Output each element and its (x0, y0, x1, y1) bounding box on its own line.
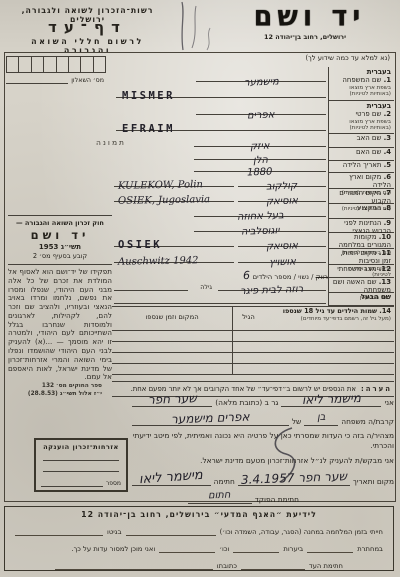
logo-address: ירושלים, רחוב בן־יהודה 12 (240, 33, 370, 41)
scientific-branch-header: לידיעת ״האגף המדעי״ בירושלים, רחוב בן־יה… (15, 510, 383, 519)
field-profession: 8. המקצוע בעל אחוזה (112, 204, 394, 219)
serial-cell (32, 57, 44, 72)
witness-line-1: חייתי בזמן המלחמה במחנה (הסגר, עבודה, הש… (15, 527, 383, 536)
wife-age-label: גילה (200, 284, 212, 291)
field-wartime-residence: 10. מקומות המגורים במלחמה (גם באותיות לט… (112, 233, 394, 249)
children-table: 14. שמות הילדים עד גיל 18 שנספו (מעל גיל… (112, 306, 394, 375)
page-title: דף־עד (10, 18, 165, 36)
questionnaire-number-row: מס׳ השאלון (6, 76, 104, 84)
stamp-title: אזרחות־זכרון הוענקה (41, 443, 121, 451)
camp-label: חייתי בזמן המלחמה במחנה (הסגר, עבודה, הש… (220, 528, 383, 536)
handwritten-relation: בן (317, 413, 326, 423)
field-birth-date: 5. תאריך הלידה 1880 (112, 161, 394, 173)
stamp-number-line (41, 480, 103, 487)
serial-cell (69, 57, 81, 72)
wife-age-blank-line (114, 282, 188, 291)
relation-label: קרבת/ה משפחה (341, 417, 394, 426)
law-source-line2: י״ז אלול תשי״ג (28.8.53) (10, 391, 102, 399)
serial-cell (94, 57, 105, 72)
serial-cell (19, 57, 31, 72)
field-family-name: בעברית 1. שם המשפחה בשפת ארץ מוצאו (באות… (112, 67, 394, 101)
children-table-row (112, 353, 394, 364)
place-date-label: מקום ותאריך (353, 477, 394, 486)
clerk-signature-row: חתימת הפוקד חתום (132, 491, 394, 504)
field-label: שם המשפחה (342, 76, 381, 84)
questionnaire-label: מס׳ השאלון (71, 77, 104, 84)
field-citizenship: 9. הנתינות לפני הכבוש הנאצי יוגוסלביה (112, 219, 394, 233)
witness-address-label: כתובתו (217, 562, 237, 570)
field-father-name: 3. שם האב איזק (112, 134, 394, 148)
serial-cell (7, 57, 19, 72)
handwritten-place-date: שער חפר 3.4.1957 (241, 471, 347, 485)
law-source-line1: ספר החוקים מס׳ 132 (10, 383, 102, 391)
questionnaire-blank-line (6, 76, 68, 84)
law-box-line: חוק זכרון השואה והגבורה — (8, 219, 112, 227)
handwritten-signature: מישמר ליאו (139, 471, 203, 485)
attestation-text: מצהיר/ה בזה כי העדות שמסרתי כאן על פרטיה… (132, 431, 394, 451)
relationship-row: קרבת/ה משפחה בן של אפרים מישמער (132, 413, 394, 426)
handwritten-clerk-signature: חתום (208, 491, 231, 502)
children-table-row (112, 364, 394, 375)
forests-label: ביערות (283, 545, 303, 553)
testify-label: ואני מוכן למסור עדות על כך. (71, 545, 155, 553)
handwritten-declarant-address: שער חפר (148, 393, 197, 405)
children-table-row (112, 342, 394, 353)
serial-cell (57, 57, 69, 72)
law-box-year: תשי״ג 1953 (8, 243, 112, 251)
ghetto-label: בגיטו (107, 528, 122, 536)
clerk-signature-label: חתימת הפוקד (255, 495, 299, 504)
underground-label: במחתרת (357, 545, 383, 553)
law-box-yad-vashem: יד ושם (8, 228, 112, 242)
field-label: שם פרטי (356, 110, 382, 118)
children-table-sublabel: (מעל גיל זה, רשמם בדפי־עד מיוחדים) (267, 316, 391, 322)
field-birth-place: 6. מקום וארץ הלידה (גם באותיות לטיניות) … (112, 173, 394, 189)
children-col-place: המקום וזמן שנספו (112, 307, 232, 331)
field-sublabel: בשפת ארץ מוצאו (באותיות לטיניות) (331, 85, 391, 97)
testimony-page-document: יד ושם ירושלים, רחוב בן־יהודה 12 רשות־הז… (0, 0, 400, 577)
i-label: אני (384, 398, 394, 407)
handwritten-declarant-name: מישמר ליאו (302, 393, 361, 405)
children-table-label: 14. שמות הילדים עד גיל 18 שנספו (283, 307, 391, 315)
field-marital-status: 12. מצב משפחתי רווק / נשוי / מספר הילדים… (112, 265, 394, 278)
field-husband-name: שם הבעל (112, 293, 394, 306)
address-label: גר ב (כתובת מלאה) (215, 398, 278, 407)
declaration-section: אני מישמר ליאו גר ב (כתובת מלאה) שער חפר… (132, 394, 394, 504)
scientific-branch-box: לידיעת ״האגף המדעי״ בירושלים, רחוב בן־יה… (4, 506, 394, 571)
stamp-blank-line (43, 470, 119, 472)
law-box-section: קובע בסעיף מס׳ 2 (8, 252, 112, 260)
yad-vashem-logo: יד ושם (227, 0, 392, 33)
field-place-of-death: 11. מקום המות, זמן ונסיבות (רשום גם באות… (112, 249, 394, 265)
citizenship-granted-stamp-box: אזרחות־זכרון הוענקה מספר (34, 438, 128, 492)
stamp-blank-line (43, 459, 119, 461)
serial-cell (44, 57, 56, 72)
law-title-box: חוק זכרון השואה והגבורה — יד ושם תשי״ג 1… (8, 215, 112, 265)
law-citation-paragraph: תפקידו של יד־ושם הוא לאסוף אל המולדת את … (8, 268, 112, 382)
etc-label: וכו׳ (219, 545, 229, 553)
field-lang-tag: בעברית (331, 68, 391, 76)
of-label: של (292, 417, 301, 426)
field-wife-name: 13. שם האשה ושם משפחתה לפני הנישואין רוז… (112, 278, 394, 293)
witness-line-3: חתימת העד כתובתו (15, 561, 383, 570)
signature-label: חתימה (214, 477, 235, 486)
handwritten-relation-of: אפרים מישמער (171, 412, 250, 425)
children-table-row (112, 331, 394, 342)
stamp-number-label: מספר (106, 480, 121, 487)
serial-number-boxes (6, 56, 106, 73)
fields-panel: (נא למלא עד כמה שידוע לך) בעברית 1. שם ה… (112, 52, 394, 397)
field-sublabel: בשפת ארץ מוצאו (באותיות לטיניות) (331, 119, 391, 131)
witness-signature-label: חתימת העד (309, 562, 343, 570)
husband-blank-line (114, 295, 326, 304)
field-lang-tag: בעברית (331, 102, 391, 110)
children-col-age: הגיל (232, 307, 264, 331)
serial-cell (81, 57, 93, 72)
fill-instruction: (נא למלא עד כמה שידוע לך) (112, 52, 394, 67)
field-permanent-residence: 7. מקום המגורים הקבוע (גם באותיות לטיניו… (112, 189, 394, 204)
signature-row: מקום ותאריך שער חפר 3.4.1957 חתימה מישמר… (132, 473, 394, 486)
citizenship-request-text: אני מבקש/ת להעניק לנ״ל אזרחות־זכרון מטעם… (132, 456, 394, 466)
law-source-note: ספר החוקים מס׳ 132 י״ז אלול תשי״ג (28.8.… (10, 383, 102, 398)
witness-line-2: במחתרת ביערות וכו׳ ואני מוכן למסור עדות … (15, 544, 383, 553)
field-first-name: בעברית 2. שם פרטי בשפת ארץ מוצאו (באותיו… (112, 101, 394, 134)
note-label: הערה: (361, 385, 392, 393)
declarant-name-row: אני מישמר ליאו גר ב (כתובת מלאה) שער חפר (132, 394, 394, 407)
husband-label: שם הבעל (328, 293, 394, 306)
